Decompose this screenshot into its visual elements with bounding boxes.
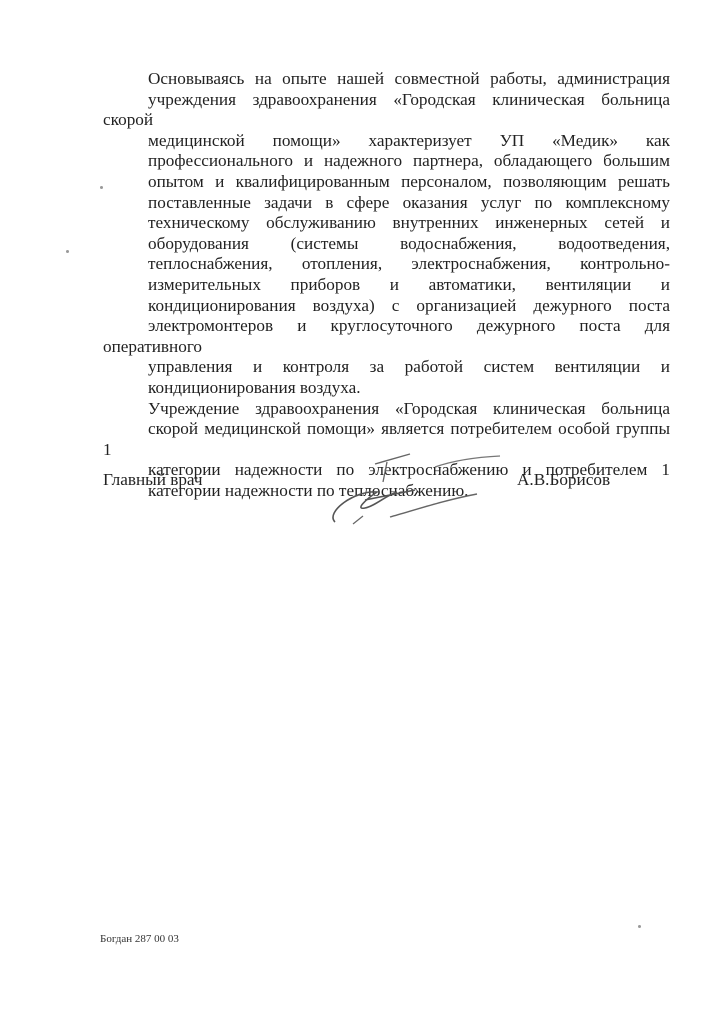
text-line: профессионального и надежного партнера, … xyxy=(103,151,670,172)
text-line: поставленные задачи в сфере оказания усл… xyxy=(103,193,670,214)
paragraph-1: Основываясь на опыте нашей совместной ра… xyxy=(103,69,670,399)
handwritten-signature xyxy=(315,452,515,532)
text-line: учреждения здравоохранения «Городская кл… xyxy=(103,90,670,131)
text-line: теплоснабжения, отопления, электроснабже… xyxy=(103,254,670,275)
scan-speck xyxy=(638,925,641,928)
text-line: электромонтеров и круглосуточного дежурн… xyxy=(103,316,670,357)
text-line: кондиционирования воздуха) с организацие… xyxy=(103,296,670,317)
text-line: медицинской помощи» характеризует УП «Ме… xyxy=(103,131,670,152)
text-line: оборудования (системы водоснабжения, вод… xyxy=(103,234,670,255)
footer-contact-note: Богдан 287 00 03 xyxy=(100,933,179,945)
letter-body: Основываясь на опыте нашей совместной ра… xyxy=(103,69,670,501)
scan-speck xyxy=(66,250,69,253)
text-line: техническому обслуживанию внутренних инж… xyxy=(103,213,670,234)
text-line: Учреждение здравоохранения «Городская кл… xyxy=(103,399,670,420)
text-line: опытом и квалифицированным персоналом, п… xyxy=(103,172,670,193)
text-line: кондиционирования воздуха. xyxy=(103,378,670,399)
scan-speck xyxy=(100,186,103,189)
signatory-position: Главный врач xyxy=(103,470,203,490)
text-line: измерительных приборов и автоматики, вен… xyxy=(103,275,670,296)
text-line: Основываясь на опыте нашей совместной ра… xyxy=(103,69,670,90)
text-line: управления и контроля за работой систем … xyxy=(103,357,670,378)
signatory-name: А.В.Борисов xyxy=(517,470,610,490)
